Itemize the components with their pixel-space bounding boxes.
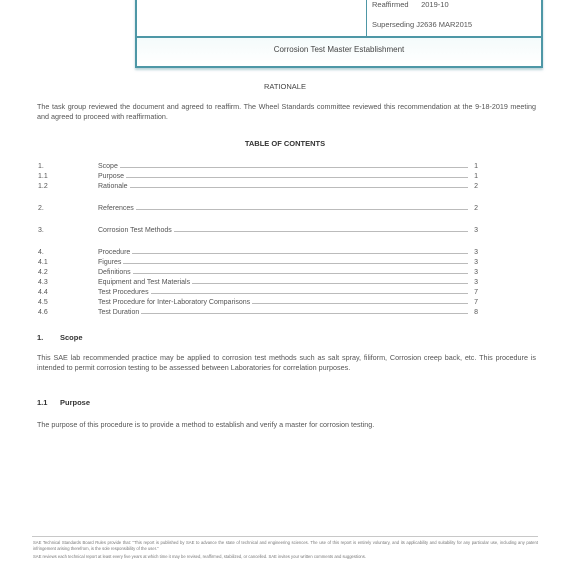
toc-dot-leader (136, 202, 468, 210)
footer-line-1: SAE Technical Standards Board Rules prov… (33, 540, 538, 552)
footer-line-2: SAE reviews each technical report at lea… (33, 554, 538, 560)
toc-dot-leader (141, 306, 468, 314)
purpose-title: Purpose (60, 398, 90, 407)
toc-entry-page: 2 (470, 182, 478, 192)
toc-entry[interactable]: 4.4Test Procedures7 (38, 286, 478, 296)
scope-text: This SAE lab recommended practice may be… (37, 353, 536, 373)
toc-entry-title: Rationale (98, 182, 130, 192)
scope-heading: 1.Scope (37, 333, 83, 342)
toc-entry-number: 3. (38, 226, 98, 236)
toc-entry-page: 3 (470, 226, 478, 236)
superseding-row: Superseding J2636 MAR2015 (372, 20, 472, 29)
scope-number: 1. (37, 333, 60, 342)
toc-dot-leader (151, 286, 468, 294)
toc-dot-leader (126, 170, 468, 178)
toc-entry-page: 2 (470, 204, 478, 214)
toc-entry[interactable]: 4.6Test Duration8 (38, 306, 478, 316)
toc-entry[interactable]: 4.Procedure3 (38, 246, 478, 256)
toc-dot-leader (174, 224, 468, 232)
rationale-text: The task group reviewed the document and… (37, 102, 536, 122)
document-title: Corrosion Test Master Establishment (137, 38, 541, 64)
toc-entry[interactable]: 2.References2 (38, 202, 478, 212)
toc-entry-page: 8 (470, 308, 478, 318)
toc-entry-title: Corrosion Test Methods (98, 226, 174, 236)
toc-entry[interactable]: 4.5Test Procedure for Inter-Laboratory C… (38, 296, 478, 306)
header-top-section: Reaffirmed 2019-10 Superseding J2636 MAR… (137, 0, 541, 38)
toc-entry-number: 2. (38, 204, 98, 214)
footer-notice: SAE Technical Standards Board Rules prov… (33, 540, 538, 561)
purpose-number: 1.1 (37, 398, 60, 407)
toc-dot-leader (132, 246, 468, 254)
footer-divider (32, 536, 538, 537)
scope-title: Scope (60, 333, 83, 342)
toc-entry-number: 1.2 (38, 182, 98, 192)
toc-dot-leader (130, 180, 468, 188)
toc-entry[interactable]: 1.Scope1 (38, 160, 478, 170)
reaffirmed-row: Reaffirmed 2019-10 (372, 0, 449, 9)
toc-entry-title: Test Duration (98, 308, 141, 318)
toc-dot-leader (192, 276, 468, 284)
toc-heading: TABLE OF CONTENTS (0, 139, 570, 148)
toc-entry[interactable]: 3.Corrosion Test Methods3 (38, 224, 478, 234)
toc-dot-leader (252, 296, 468, 304)
toc-entry[interactable]: 4.1Figures3 (38, 256, 478, 266)
document-header-box: Reaffirmed 2019-10 Superseding J2636 MAR… (135, 0, 543, 68)
purpose-text: The purpose of this procedure is to prov… (37, 420, 536, 430)
toc-dot-leader (120, 160, 468, 168)
toc-entry[interactable]: 4.2Definitions3 (38, 266, 478, 276)
reaffirmed-label: Reaffirmed (372, 0, 419, 9)
toc-entry-number: 4.6 (38, 308, 98, 318)
header-meta-panel: Reaffirmed 2019-10 Superseding J2636 MAR… (366, 0, 542, 36)
toc-entry[interactable]: 1.1Purpose1 (38, 170, 478, 180)
purpose-heading: 1.1Purpose (37, 398, 90, 407)
toc-dot-leader (133, 266, 468, 274)
rationale-heading: RATIONALE (0, 82, 570, 91)
superseding-value: J2636 MAR2015 (416, 20, 472, 29)
toc-entry-title: References (98, 204, 136, 214)
toc-entry[interactable]: 1.2Rationale2 (38, 180, 478, 190)
superseding-label: Superseding (372, 20, 414, 29)
toc-dot-leader (123, 256, 468, 264)
toc-entry[interactable]: 4.3Equipment and Test Materials3 (38, 276, 478, 286)
reaffirmed-value: 2019-10 (421, 0, 449, 9)
